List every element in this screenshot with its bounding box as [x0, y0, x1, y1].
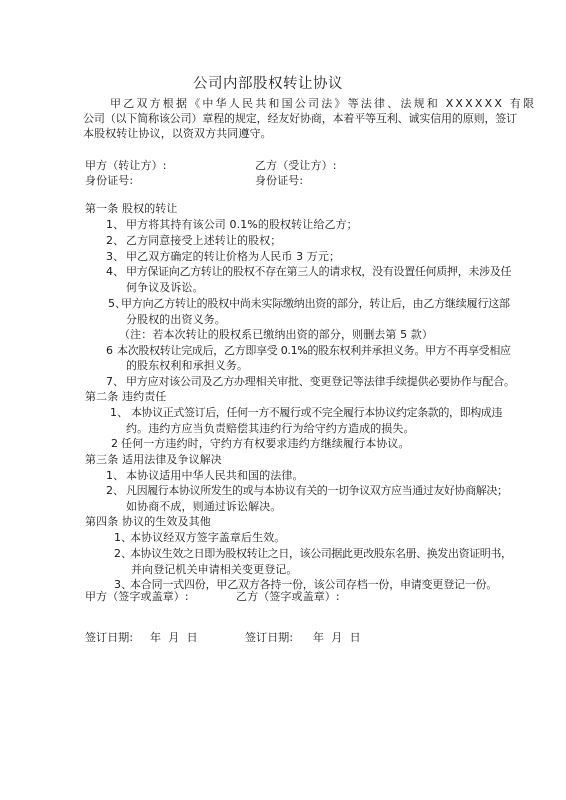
item-text: 并向登记机关申请相关变更登记。 — [131, 562, 298, 577]
item-number: 2 — [111, 436, 118, 451]
article-heading: 违约责任 — [122, 389, 166, 404]
item-text: 甲方将其持有该公司 0.1%的股权转让给乙方； — [126, 217, 358, 232]
item-number: 1、 — [106, 468, 124, 483]
item-text: 本次股权转让完成后，乙方即享受 0.1%的股东权利并承担义务。甲方不再享受相应 — [117, 343, 511, 358]
article-number: 第二条 — [85, 389, 118, 404]
item-text: 甲方向乙方转让的股权中尚未实际缴纳出资的部分，转让后，由乙方继续履行这部 — [121, 296, 510, 311]
item-text: 何争议及诉讼。 — [126, 280, 204, 295]
party-b-id-label: 身份证号: — [255, 173, 303, 188]
article-heading: 适用法律及争议解决 — [122, 452, 222, 467]
note-text: （注：若本次转让的股权系已缴纳出资的部分，则删去第 5 款） — [119, 327, 433, 342]
party-a-date-label: 签订日期: — [85, 630, 133, 645]
item-number: 7、 — [106, 374, 124, 389]
item-text: 约。违约方应当负责赔偿其违约行为给守约方造成的损失。 — [126, 421, 415, 436]
item-text: 如协商不成，则通过诉讼解决。 — [126, 499, 281, 514]
item-number: 2、 — [106, 483, 124, 498]
item-number: 4、 — [106, 264, 124, 279]
item-text: 本协议生效之日即为股权转让之日，该公司据此更改股东名册、换发出资证明书， — [130, 546, 512, 561]
item-number: 3、 — [106, 249, 124, 264]
intro-line: 甲乙双方根据《中华人民共和国公司法》等法律、法规和 XXXXXX 有限 — [110, 96, 536, 111]
item-text: 甲乙双方确定的转让价格为人民币 3 万元； — [126, 249, 340, 264]
item-number: 2、 — [106, 233, 124, 248]
party-b-date-label: 签订日期: — [245, 630, 293, 645]
item-text: 本协议正式签订后，任何一方不履行或不完全履行本协议约定条款的，即构成违 — [131, 405, 502, 420]
party-a-id-label: 身份证号: — [85, 173, 133, 188]
article-number: 第四条 — [85, 514, 118, 529]
item-text: 甲方应对该公司及乙方办理相关审批、变更登记等法律手续提供必要协作与配合。 — [126, 374, 515, 389]
party-a-date-value: 年 月 日 — [150, 630, 198, 645]
article-heading: 协议的生效及其他 — [122, 514, 211, 529]
item-number: 6 — [106, 343, 113, 358]
document-title: 公司内部股权转让协议 — [193, 75, 343, 93]
item-text: 本协议适用中华人民共和国的法律。 — [126, 468, 304, 483]
intro-line: 本股权转让协议，以资双方共同遵守。 — [83, 126, 272, 141]
item-text: 分股权的出资义务。 — [126, 312, 226, 327]
item-text: 凡因履行本协议所发生的或与本协议有关的一切争议双方应当通过友好协商解决； — [126, 483, 508, 498]
item-text: 乙方同意接受上述转让的股权； — [126, 233, 281, 248]
item-text: 本协议经双方签字盖章后生效。 — [130, 530, 285, 545]
article-number: 第三条 — [85, 452, 118, 467]
party-b-date-value: 年 月 日 — [313, 630, 361, 645]
item-text: 的股东权利和承担义务。 — [126, 358, 248, 373]
article-number: 第一条 — [85, 201, 118, 216]
party-a-label: 甲方（转让方）: — [85, 158, 167, 173]
item-number: 1、 — [110, 405, 128, 420]
item-number: 1、 — [106, 217, 124, 232]
item-text: 任何一方违约时，守约方有权要求违约方继续履行本协议。 — [121, 436, 410, 451]
item-text: 甲方保证向乙方转让的股权不存在第三人的请求权，没有设置任何质押，未涉及任 — [126, 264, 511, 279]
party-b-label: 乙方（受让方）: — [255, 158, 337, 173]
party-a-signature-label: 甲方（签字或盖章）: — [85, 589, 189, 604]
article-heading: 股权的转让 — [122, 201, 178, 216]
party-b-signature-label: 乙方（签字或盖章）: — [236, 589, 340, 604]
intro-line: 公司（以下简称该公司）章程的规定，经友好协商，本着平等互利、诚实信用的原则，签订 — [83, 111, 517, 126]
